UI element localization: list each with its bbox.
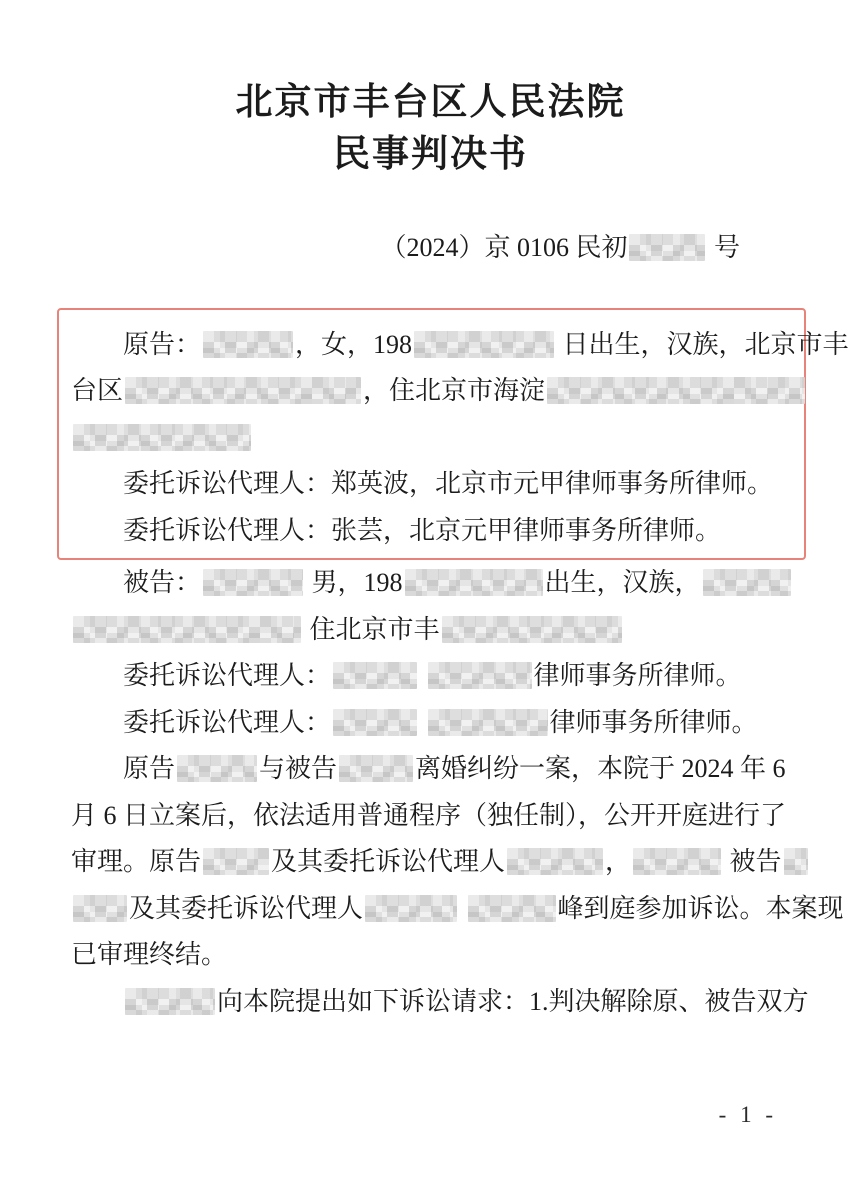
text-segment	[459, 894, 466, 923]
redaction-block	[629, 234, 705, 261]
text-segment: 向本院提出如下诉讼请求：1.判决解除原、被告双方	[217, 987, 809, 1016]
judgment-document: 北京市丰台区人民法院 民事判决书 （2024）京 0106 民初 号 原告：，女…	[0, 0, 855, 1190]
redaction-block	[203, 331, 293, 358]
text-segment: 委托诉讼代理人：	[123, 708, 331, 737]
text-segment: 委托诉讼代理人：张芸，北京元甲律师事务所律师。	[123, 516, 721, 545]
document-type: 民事判决书	[71, 129, 790, 181]
document-line: 委托诉讼代理人： 律师事务所律师。	[71, 653, 790, 700]
text-segment: ，女，198	[295, 330, 412, 359]
redaction-block	[547, 377, 805, 404]
redaction-block	[507, 848, 603, 875]
redaction-block	[203, 848, 269, 875]
redaction-block	[365, 895, 457, 922]
redaction-block	[468, 895, 556, 922]
redaction-block	[405, 569, 543, 596]
document-line: 向本院提出如下诉讼请求：1.判决解除原、被告双方	[71, 979, 790, 1026]
case-number-line: （2024）京 0106 民初 号	[71, 225, 790, 272]
text-segment: 委托诉讼代理人：	[123, 661, 331, 690]
document-line: 委托诉讼代理人：郑英波，北京市元甲律师事务所律师。	[71, 461, 790, 508]
text-segment: 日出生，汉族，北京市丰	[556, 330, 849, 359]
text-segment: 与被告	[259, 754, 337, 783]
redaction-block	[333, 709, 417, 736]
document-line: 及其委托诉讼代理人 峰到庭参加诉讼。本案现	[71, 886, 790, 933]
text-segment: 审理。原告	[71, 847, 201, 876]
redaction-block	[414, 331, 554, 358]
redaction-block	[73, 616, 301, 643]
court-name: 北京市丰台区人民法院	[71, 77, 790, 129]
plaintiff-highlight-box: 原告：，女，198 日出生，汉族，北京市丰台区，住北京市海淀委托诉讼代理人：郑英…	[57, 308, 806, 561]
text-segment: 离婚纠纷一案，本院于 2024 年 6	[415, 754, 786, 783]
text-segment: 月 6 日立案后，依法适用普通程序（独任制），公开开庭进行了	[71, 801, 786, 830]
redaction-block	[125, 377, 361, 404]
redaction-block	[703, 569, 791, 596]
redaction-block	[333, 662, 417, 689]
redaction-block	[339, 755, 413, 782]
document-line: 被告： 男，198出生，汉族，	[71, 560, 790, 607]
document-line: 审理。原告及其委托诉讼代理人， 被告	[71, 839, 790, 886]
redaction-block	[203, 569, 303, 596]
redaction-block	[784, 848, 808, 875]
text-segment: ，住北京市海淀	[363, 376, 545, 405]
text-segment: 住北京市丰	[303, 615, 440, 644]
redaction-block	[442, 616, 622, 643]
text-segment: 律师事务所律师。	[534, 661, 742, 690]
redaction-block	[73, 895, 127, 922]
redaction-block	[633, 848, 721, 875]
text-segment: 律师事务所律师。	[550, 708, 758, 737]
text-segment: ，	[605, 847, 631, 876]
text-segment: 被告	[723, 847, 782, 876]
redaction-block	[428, 709, 548, 736]
document-line: （2024）京 0106 民初 号	[71, 225, 740, 272]
text-segment: （2024）京 0106 民初	[380, 233, 627, 262]
text-segment: 原告：	[123, 330, 201, 359]
text-segment: 及其委托诉讼代理人	[271, 847, 505, 876]
text-segment: 及其委托诉讼代理人	[129, 894, 363, 923]
document-body: 被告： 男，198出生，汉族， 住北京市丰委托诉讼代理人： 律师事务所律师。委托…	[71, 560, 790, 1025]
text-segment: 被告：	[123, 568, 201, 597]
document-line: 住北京市丰	[71, 607, 790, 654]
document-line: 原告与被告离婚纠纷一案，本院于 2024 年 6	[71, 746, 790, 793]
text-segment: 已审理终结。	[71, 940, 227, 969]
text-segment	[419, 661, 426, 690]
text-segment: 男，198	[305, 568, 403, 597]
text-segment: 委托诉讼代理人：郑英波，北京市元甲律师事务所律师。	[123, 469, 773, 498]
text-segment: 号	[707, 233, 740, 262]
text-segment: 台区	[71, 376, 123, 405]
redaction-block	[73, 424, 251, 451]
redaction-block	[428, 662, 532, 689]
document-line: 委托诉讼代理人： 律师事务所律师。	[71, 700, 790, 747]
document-line: 台区，住北京市海淀	[71, 368, 790, 415]
document-line: 月 6 日立案后，依法适用普通程序（独任制），公开开庭进行了	[71, 793, 790, 840]
document-line: 原告：，女，198 日出生，汉族，北京市丰	[71, 322, 790, 369]
document-line: 已审理终结。	[71, 932, 790, 979]
text-segment: 原告	[123, 754, 175, 783]
redaction-block	[177, 755, 257, 782]
redaction-block	[125, 988, 215, 1015]
page-number: - 1 -	[719, 1102, 777, 1128]
text-segment: 出生，汉族，	[545, 568, 701, 597]
document-line	[71, 415, 790, 462]
document-line: 委托诉讼代理人：张芸，北京元甲律师事务所律师。	[71, 508, 790, 555]
text-segment	[419, 708, 426, 737]
text-segment: 峰到庭参加诉讼。本案现	[558, 894, 844, 923]
